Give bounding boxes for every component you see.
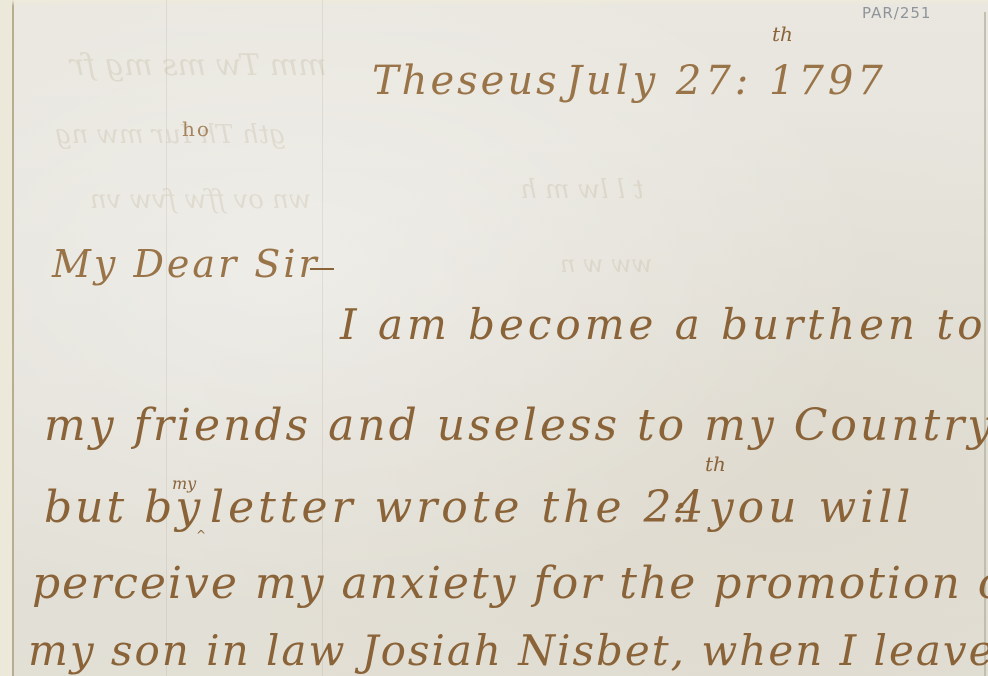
- body-line-5: my son in law Josiah Nisbet, when I leav…: [28, 626, 988, 675]
- paper-top-edge: [12, 0, 988, 6]
- letter-date: July 27: 1797: [566, 58, 887, 104]
- mount-edge: [0, 0, 14, 676]
- body-line-1: I am become a burthen to: [340, 300, 987, 349]
- bleed-through-text: gth Th Iur mw ng: [55, 120, 286, 150]
- salutation-flourish: [310, 268, 334, 270]
- numeral-superscript: th: [705, 452, 726, 476]
- letter-scan: mm Tw ms mg fr gth Th Iur mw ng wn ov ff…: [0, 0, 988, 676]
- stray-mark: ho: [182, 117, 211, 141]
- bleed-through-text: wn ov ffw fvw vn: [90, 185, 311, 215]
- archive-reference: PAR/251: [862, 4, 931, 22]
- date-superscript: th: [772, 22, 793, 46]
- bleed-through-text: t l lw m h: [520, 175, 644, 205]
- bleed-through-text: ww w n: [560, 250, 652, 278]
- bleed-through-text: mm Tw ms mg fr: [70, 48, 327, 83]
- body-line-3-start: but by: [44, 482, 203, 533]
- body-line-2: my friends and useless to my Country: [44, 400, 988, 451]
- body-line-4: perceive my anxiety for the promotion of: [32, 558, 988, 609]
- body-line-3-end: : you will: [672, 482, 914, 533]
- body-line-3-middle: letter wrote the 24: [210, 482, 707, 533]
- salutation: My Dear Sir: [52, 242, 320, 286]
- letter-place: Theseus: [372, 58, 560, 104]
